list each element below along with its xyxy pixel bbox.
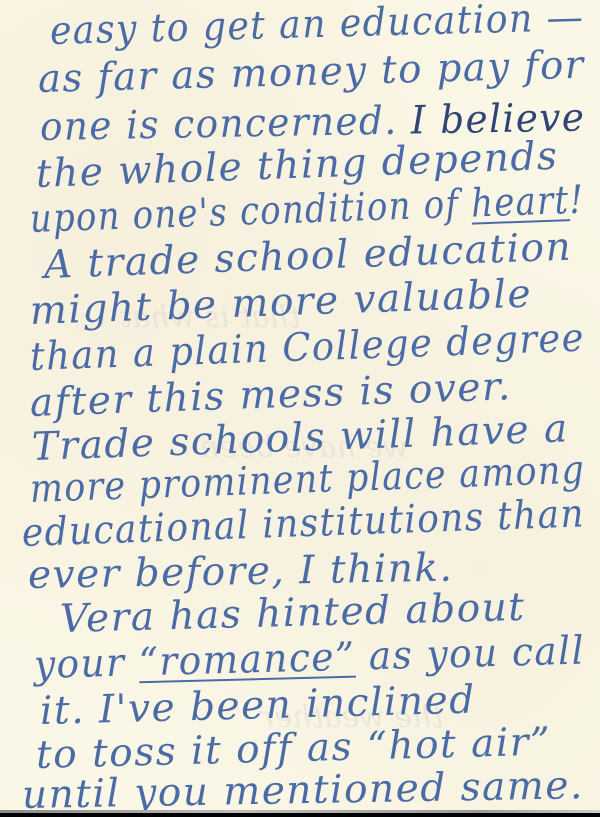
text-line: easy to get an education — bbox=[49, 0, 584, 51]
text-segment: as you call bbox=[355, 629, 586, 680]
text-line: until you mentioned same. bbox=[22, 766, 584, 813]
letter-page: that is what we have been the weather ea… bbox=[0, 0, 600, 813]
text-line: as far as money to pay for bbox=[37, 46, 585, 99]
underlined-word: heart bbox=[470, 178, 570, 226]
underlined-word: “romance” bbox=[138, 635, 356, 686]
text-segment: ! bbox=[569, 178, 585, 223]
page-bottom-edge bbox=[0, 810, 600, 813]
text-segment: your bbox=[33, 640, 139, 688]
